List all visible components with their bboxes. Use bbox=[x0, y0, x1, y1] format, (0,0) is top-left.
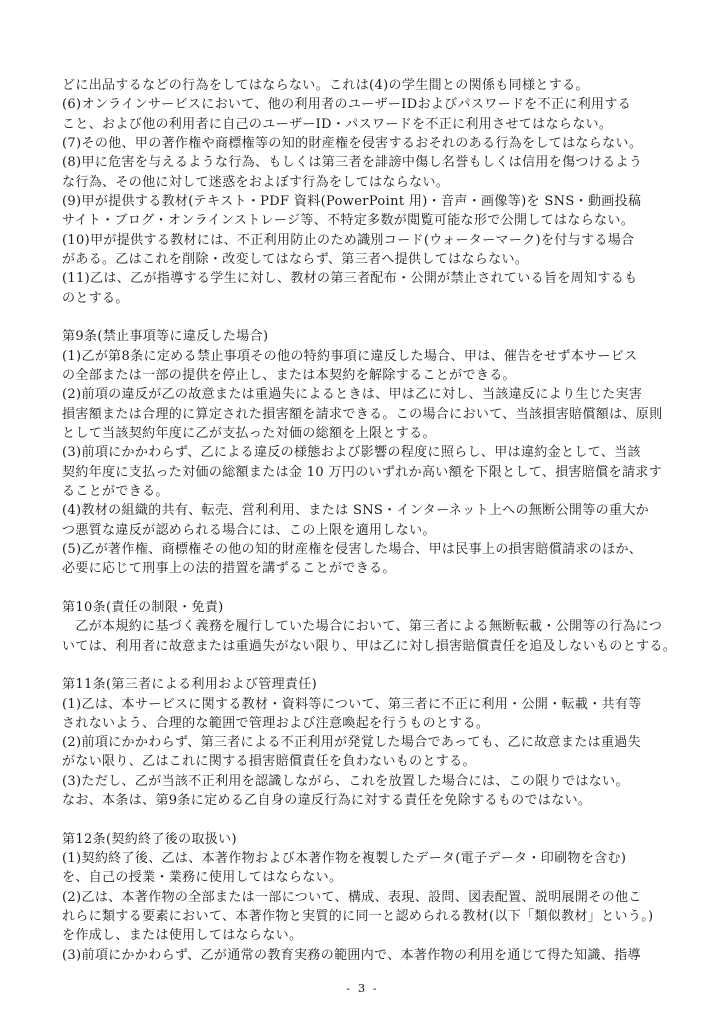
page-number: - 3 - bbox=[0, 981, 725, 995]
text-line: がない限り、乙はこれに関する損害賠償責任を負わないものとする。 bbox=[62, 752, 676, 771]
article-heading: 第12条(契約終了後の取扱い) bbox=[62, 830, 676, 849]
text-line: (2)前項にかかわらず、第三者による不正利用が発覚した場合であっても、乙に故意ま… bbox=[62, 733, 676, 752]
text-line: (6)オンラインサービスにおいて、他の利用者のユーザーIDおよびパスワードを不正… bbox=[62, 95, 676, 114]
text-line: がある。乙はこれを削除・改変してはならず、第三者へ提供してはならない。 bbox=[62, 250, 676, 269]
blank-line bbox=[62, 308, 676, 327]
text-line: の全部または一部の提供を停止し、または本契約を解除することができる。 bbox=[62, 366, 676, 385]
text-line: こと、および他の利用者に自己のユーザーID・パスワードを不正に利用させてはならな… bbox=[62, 115, 676, 134]
text-line: つ悪質な違反が認められる場合には、この上限を適用しない。 bbox=[62, 521, 676, 540]
text-line: されないよう、合理的な範囲で管理および注意喚起を行うものとする。 bbox=[62, 714, 676, 733]
text-line: (5)乙が著作権、商標権その他の知的財産権を侵害した場合、甲は民事上の損害賠償請… bbox=[62, 540, 676, 559]
text-line: (1)乙が第8条に定める禁止事項その他の特約事項に違反した場合、甲は、催告をせず… bbox=[62, 347, 676, 366]
text-line: なお、本条は、第9条に定める乙自身の違反行為に対する責任を免除するものではない。 bbox=[62, 791, 676, 810]
text-line: 契約年度に支払った対価の総額または金 10 万円のいずれか高い額を下限として、損… bbox=[62, 463, 676, 482]
text-line: (8)甲に危害を与えるような行為、もしくは第三者を誹謗中傷し名誉もしくは信用を傷… bbox=[62, 153, 676, 172]
text-line: (2)前項の違反が乙の故意または重過失によるときは、甲は乙に対し、当該違反により… bbox=[62, 385, 676, 404]
document-page: どに出品するなどの行為をしてはならない。これは(4)の学生間との関係も同様とする… bbox=[0, 0, 725, 1024]
text-line: を、自己の授業・業務に使用してはならない。 bbox=[62, 868, 676, 887]
text-line: 必要に応じて刑事上の法的措置を講ずることができる。 bbox=[62, 559, 676, 578]
text-line: (1)契約終了後、乙は、本著作物および本著作物を複製したデータ(電子データ・印刷… bbox=[62, 849, 676, 868]
text-line: 乙が本規約に基づく義務を履行していた場合において、第三者による無断転載・公開等の… bbox=[62, 617, 676, 636]
text-line: ることができる。 bbox=[62, 482, 676, 501]
text-line: (11)乙は、乙が指導する学生に対し、教材の第三者配布・公開が禁止されている旨を… bbox=[62, 269, 676, 288]
article-heading: 第9条(禁止事項等に違反した場合) bbox=[62, 327, 676, 346]
text-line: どに出品するなどの行為をしてはならない。これは(4)の学生間との関係も同様とする… bbox=[62, 76, 676, 95]
article-heading: 第11条(第三者による利用および管理責任) bbox=[62, 675, 676, 694]
text-line: (7)その他、甲の著作権や商標権等の知的財産権を侵害するおそれのある行為をしては… bbox=[62, 134, 676, 153]
text-line: (10)甲が提供する教材には、不正利用防止のため識別コード(ウォーターマーク)を… bbox=[62, 231, 676, 250]
text-line: (2)乙は、本著作物の全部または一部について、構成、表現、設問、図表配置、説明展… bbox=[62, 888, 676, 907]
text-line: (3)ただし、乙が当該不正利用を認識しながら、これを放置した場合には、この限りで… bbox=[62, 772, 676, 791]
blank-line bbox=[62, 579, 676, 598]
blank-line bbox=[62, 656, 676, 675]
text-line: (9)甲が提供する教材(テキスト・PDF 資料(PowerPoint 用)・音声… bbox=[62, 192, 676, 211]
text-line: として当該契約年度に乙が支払った対価の総額を上限とする。 bbox=[62, 424, 676, 443]
text-line: れらに類する要素において、本著作物と実質的に同一と認められる教材(以下「類似教材… bbox=[62, 907, 676, 926]
text-line: サイト・ブログ・オンラインストレージ等、不特定多数が閲覧可能な形で公開してはなら… bbox=[62, 211, 676, 230]
text-line: いては、利用者に故意または重過失がない限り、甲は乙に対し損害賠償責任を追及しない… bbox=[62, 637, 676, 656]
text-line: (1)乙は、本サービスに関する教材・資料等について、第三者に不正に利用・公開・転… bbox=[62, 695, 676, 714]
text-line: (4)教材の組織的共有、転売、営利利用、または SNS・インターネット上への無断… bbox=[62, 501, 676, 520]
text-line: を作成し、または使用してはならない。 bbox=[62, 926, 676, 945]
text-line: のとする。 bbox=[62, 289, 676, 308]
text-line: 損害額または合理的に算定された損害額を請求できる。この場合において、当該損害賠償… bbox=[62, 405, 676, 424]
document-body: どに出品するなどの行為をしてはならない。これは(4)の学生間との関係も同様とする… bbox=[62, 76, 676, 965]
text-line: な行為、その他に対して迷惑をおよぼす行為をしてはならない。 bbox=[62, 173, 676, 192]
text-line: (3)前項にかかわらず、乙が通常の教育実務の範囲内で、本著作物の利用を通じて得た… bbox=[62, 946, 676, 965]
blank-line bbox=[62, 810, 676, 829]
text-line: (3)前項にかかわらず、乙による違反の様態および影響の程度に照らし、甲は違約金と… bbox=[62, 443, 676, 462]
article-heading: 第10条(責任の制限・免責) bbox=[62, 598, 676, 617]
